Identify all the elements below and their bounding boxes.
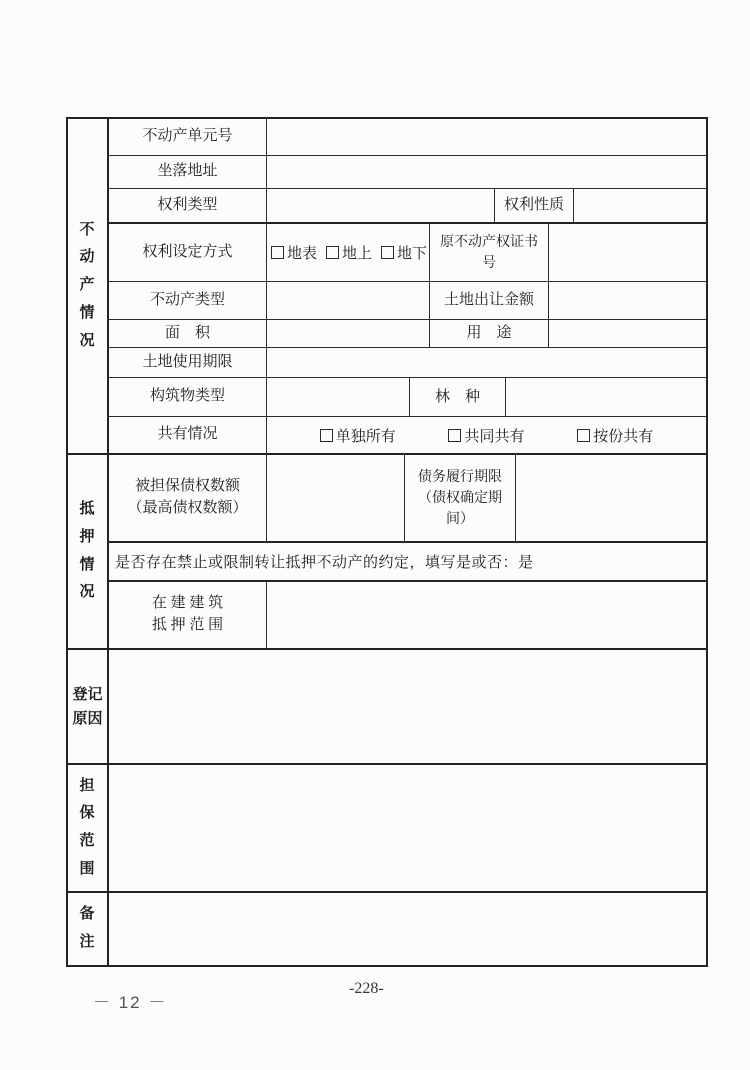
- section-registration-reason: 登记 原因: [68, 650, 706, 765]
- checkbox-icon[interactable]: [381, 246, 394, 259]
- original-cert-number-label: 原不动产权证书 号: [429, 224, 549, 281]
- checkbox-option-share-ownership[interactable]: 按份共有: [577, 425, 653, 446]
- usage-label: 用 途: [429, 320, 549, 347]
- row-right-type: 权利类型 权利性质: [109, 189, 706, 224]
- row-co-ownership: 共有情况 单独所有 共同共有 按份共有: [109, 417, 706, 453]
- section-label-mortgage-info: 抵 押 情 况: [68, 455, 109, 648]
- unit-number-label: 不动产单元号: [109, 119, 267, 155]
- checkbox-option-joint-ownership[interactable]: 共同共有: [448, 425, 524, 446]
- row-secured-amount: 被担保债权数额 （最高债权数额） 债务履行期限 （债权确定期 间）: [109, 455, 706, 543]
- section-property-info: 不 动 产 情 况 不动产单元号 坐落地址 权利类型 权利性质: [68, 119, 706, 455]
- structure-type-field[interactable]: [267, 378, 409, 416]
- guarantee-scope-field[interactable]: [109, 765, 706, 891]
- row-structure-type: 构筑物类型 林 种: [109, 378, 706, 417]
- right-nature-label: 权利性质: [494, 189, 574, 222]
- secured-amount-field[interactable]: [267, 455, 404, 541]
- right-setting-field: 地表 地上 地下: [267, 224, 429, 281]
- checkbox-icon[interactable]: [448, 429, 461, 442]
- property-type-label: 不动产类型: [109, 282, 267, 319]
- row-area: 面 积 用 途: [109, 320, 706, 348]
- checkbox-icon[interactable]: [326, 246, 339, 259]
- property-type-field[interactable]: [267, 282, 429, 319]
- unit-number-field[interactable]: [267, 119, 706, 155]
- checkbox-option-sole-ownership[interactable]: 单独所有: [320, 425, 396, 446]
- page-number-center: -228-: [349, 980, 384, 998]
- debt-term-label: 债务履行期限 （债权确定期 间）: [404, 455, 516, 541]
- checkbox-label: 共同共有: [464, 425, 524, 446]
- section-mortgage-info: 抵 押 情 况 被担保债权数额 （最高债权数额） 债务履行期限 （债权确定期 间…: [68, 455, 706, 650]
- address-field[interactable]: [267, 156, 706, 188]
- co-ownership-field: 单独所有 共同共有 按份共有: [267, 417, 706, 453]
- checkbox-label: 地上: [342, 242, 372, 263]
- co-ownership-label: 共有情况: [109, 417, 267, 453]
- forest-type-field[interactable]: [506, 378, 706, 416]
- checkbox-icon[interactable]: [577, 429, 590, 442]
- right-nature-field[interactable]: [574, 189, 706, 222]
- remarks-field[interactable]: [109, 893, 706, 965]
- row-under-construction-scope: 在 建 建 筑 抵 押 范 围: [109, 582, 706, 648]
- section-label-remarks: 备 注: [68, 893, 109, 965]
- land-grant-amount-field[interactable]: [549, 282, 706, 319]
- land-use-term-field[interactable]: [267, 348, 706, 377]
- section-label-property-info: 不 动 产 情 况: [68, 119, 109, 453]
- right-type-field[interactable]: [267, 189, 494, 222]
- registration-reason-field[interactable]: [109, 650, 706, 763]
- checkbox-label: 单独所有: [336, 425, 396, 446]
- row-right-setting: 权利设定方式 地表 地上 地下 原不动产权证书 号: [109, 224, 706, 282]
- checkbox-icon[interactable]: [320, 429, 333, 442]
- section-remarks: 备 注: [68, 893, 706, 965]
- right-type-label: 权利类型: [109, 189, 267, 222]
- area-field[interactable]: [267, 320, 429, 347]
- land-use-term-label: 土地使用期限: [109, 348, 267, 377]
- checkbox-option-above-ground[interactable]: 地上: [326, 242, 372, 263]
- debt-term-field[interactable]: [516, 455, 706, 541]
- page-number-left: － 12 －: [93, 988, 167, 1013]
- structure-type-label: 构筑物类型: [109, 378, 267, 416]
- checkbox-option-surface[interactable]: 地表: [271, 242, 317, 263]
- scanned-form-page: 不 动 产 情 况 不动产单元号 坐落地址 权利类型 权利性质: [0, 0, 750, 1070]
- under-construction-scope-field[interactable]: [267, 582, 706, 648]
- address-label: 坐落地址: [109, 156, 267, 188]
- checkbox-label: 地下: [397, 242, 427, 263]
- land-grant-amount-label: 土地出让金额: [429, 282, 549, 319]
- forest-type-label: 林 种: [409, 378, 506, 416]
- original-cert-number-field[interactable]: [549, 224, 706, 281]
- checkbox-label: 按份共有: [593, 425, 653, 446]
- secured-amount-label: 被担保债权数额 （最高债权数额）: [109, 455, 267, 541]
- section-guarantee-scope: 担 保 范 围: [68, 765, 706, 893]
- row-unit-number: 不动产单元号: [109, 119, 706, 156]
- checkbox-label: 地表: [287, 242, 317, 263]
- row-address: 坐落地址: [109, 156, 706, 189]
- under-construction-scope-label: 在 建 建 筑 抵 押 范 围: [109, 582, 267, 648]
- row-transfer-restriction: 是否存在禁止或限制转让抵押不动产的约定，填写是或否：是: [109, 543, 706, 582]
- checkbox-icon[interactable]: [271, 246, 284, 259]
- row-property-type: 不动产类型 土地出让金额: [109, 282, 706, 320]
- checkbox-option-underground[interactable]: 地下: [381, 242, 427, 263]
- transfer-restriction-text: 是否存在禁止或限制转让抵押不动产的约定，填写是或否：是: [109, 543, 706, 580]
- right-setting-label: 权利设定方式: [109, 224, 267, 281]
- row-land-use-term: 土地使用期限: [109, 348, 706, 378]
- section-label-guarantee-scope: 担 保 范 围: [68, 765, 109, 891]
- real-estate-mortgage-form-table: 不 动 产 情 况 不动产单元号 坐落地址 权利类型 权利性质: [66, 117, 708, 967]
- section-label-registration-reason: 登记 原因: [68, 650, 109, 763]
- usage-field[interactable]: [549, 320, 706, 347]
- section-body-mortgage-info: 被担保债权数额 （最高债权数额） 债务履行期限 （债权确定期 间） 是否存在禁止…: [109, 455, 706, 648]
- area-label: 面 积: [109, 320, 267, 347]
- section-body-property-info: 不动产单元号 坐落地址 权利类型 权利性质 权利设定方式 地表: [109, 119, 706, 453]
